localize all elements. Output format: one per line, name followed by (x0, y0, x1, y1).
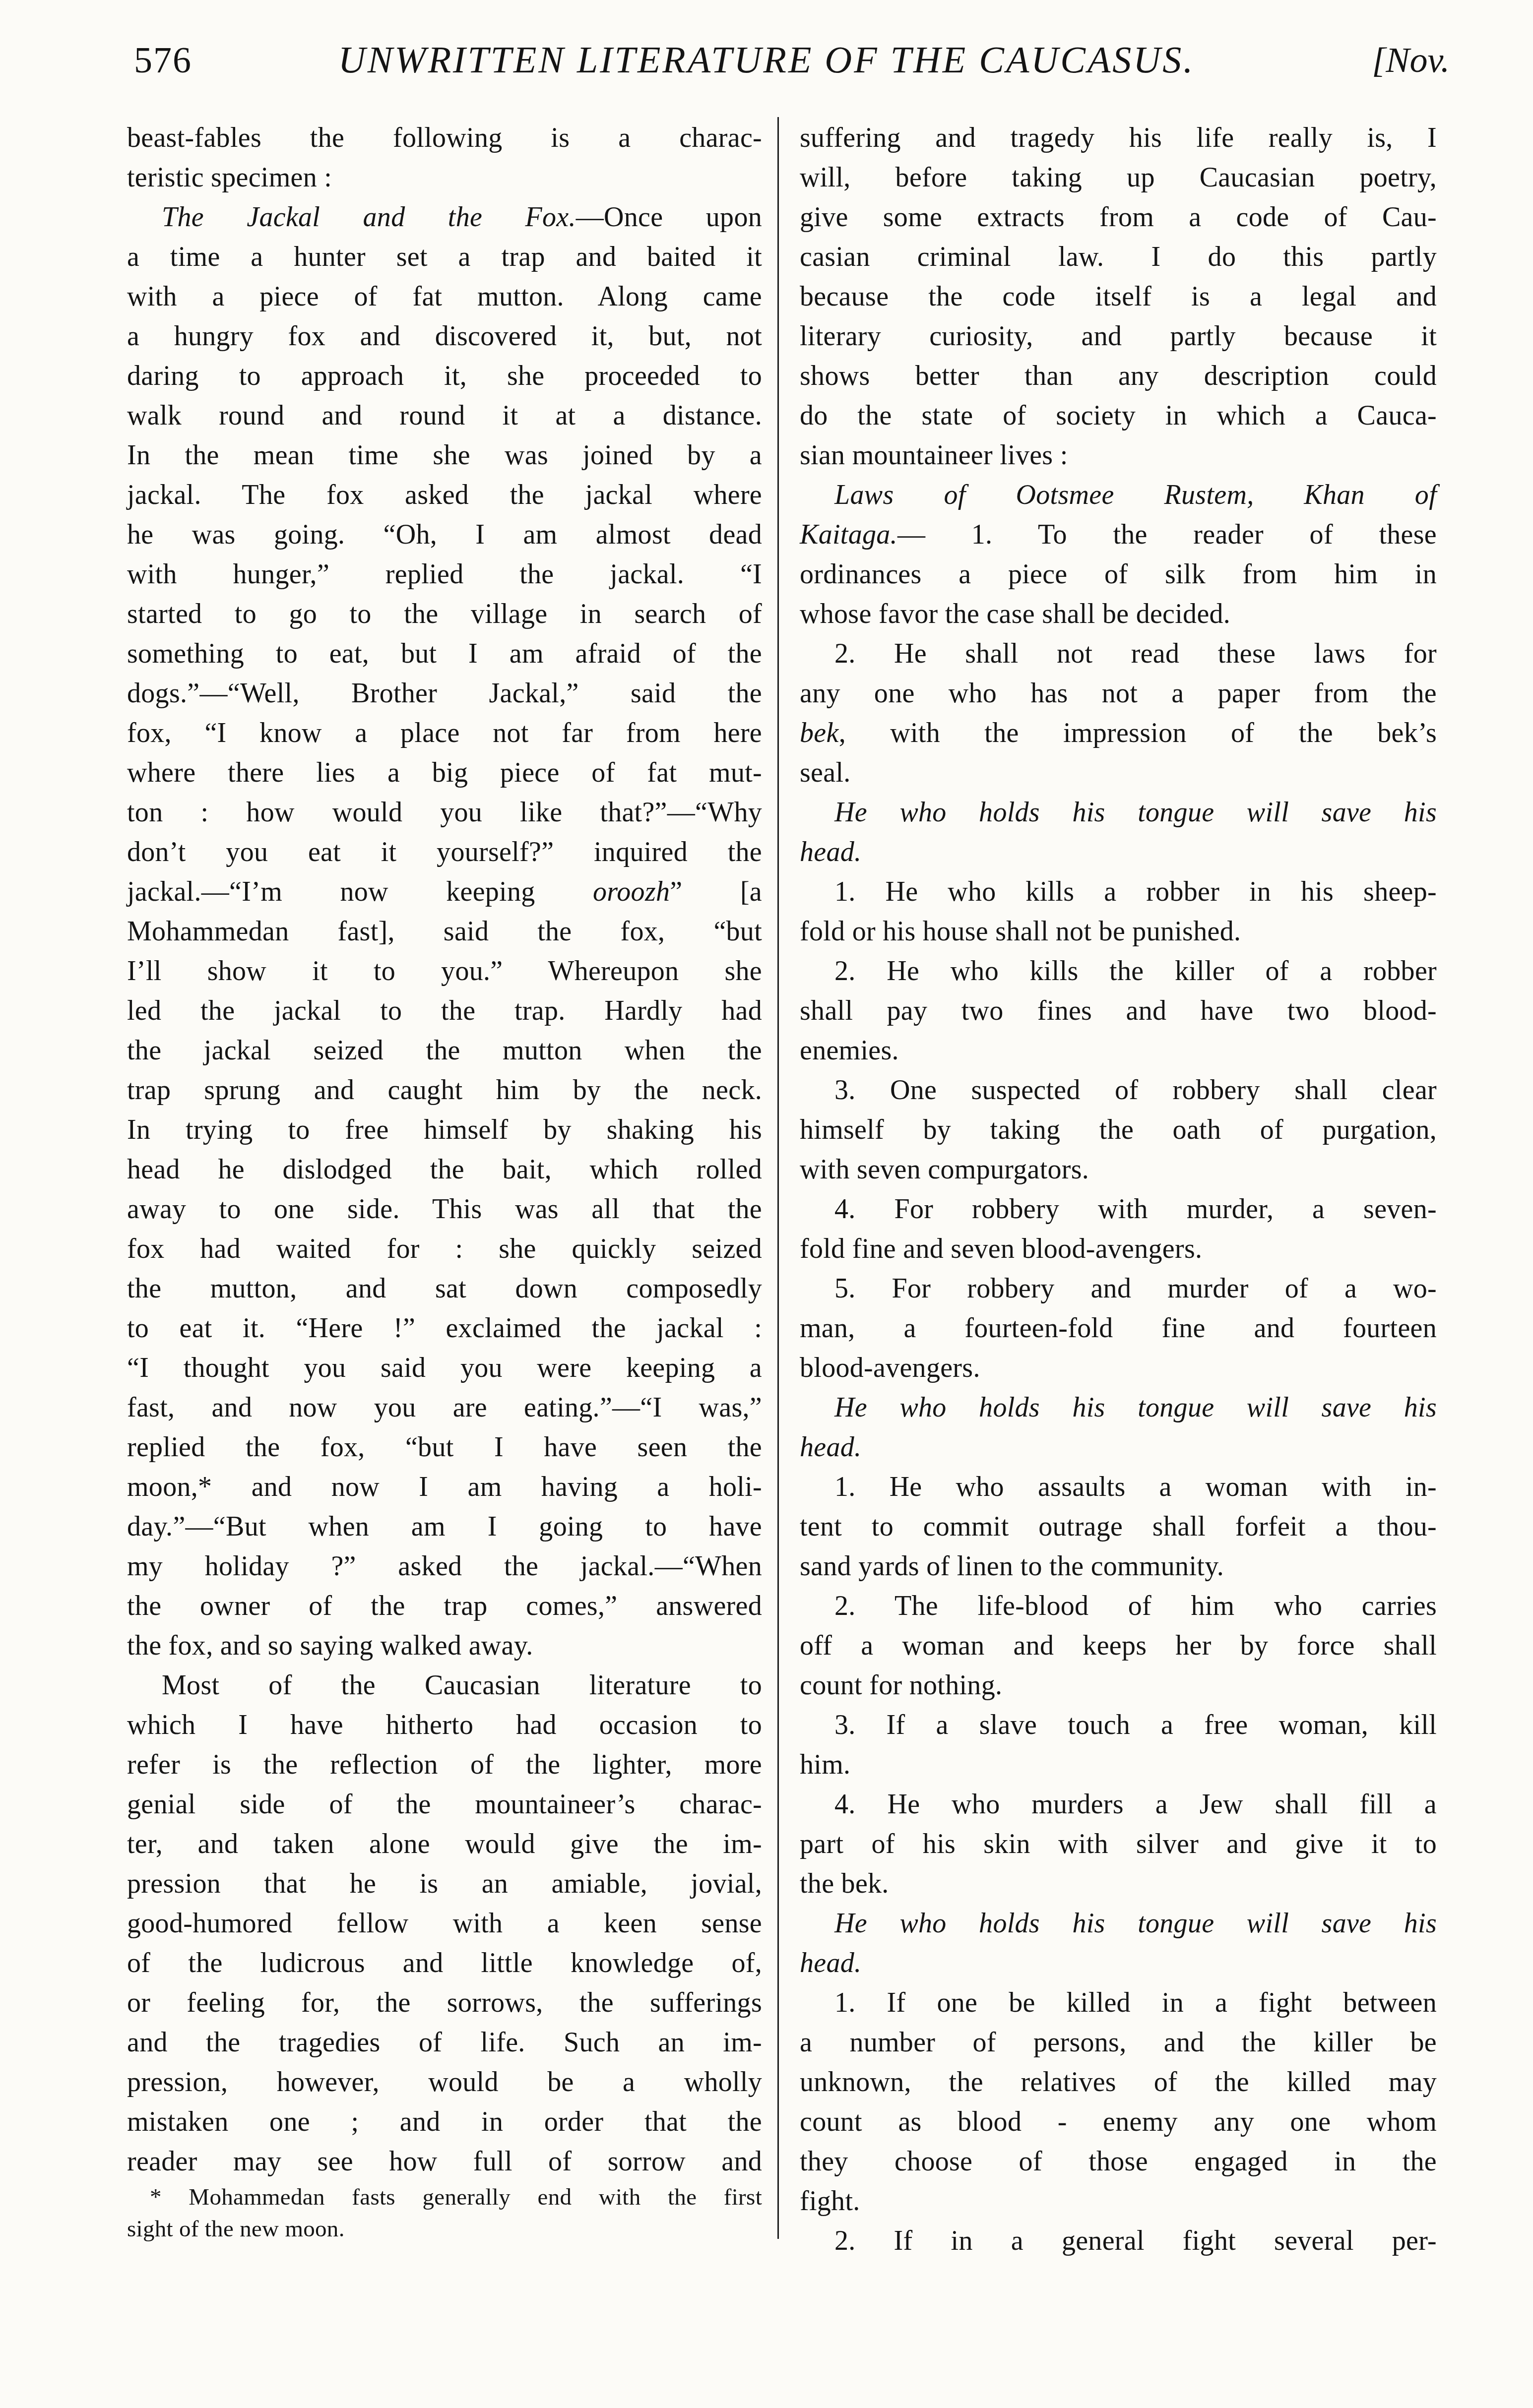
text-line: the owner of the trap comes,” answered (127, 1586, 762, 1626)
text-line: any one who has not a paper from the (800, 674, 1437, 713)
roman-text: 4. For robbery with murder, a seven- (834, 1194, 1437, 1225)
roman-text: trap sprung and caught him by the neck. (127, 1075, 762, 1106)
roman-text: to eat it. “Here !” exclaimed the jackal… (127, 1313, 762, 1344)
roman-text: I’ll show it to you.” Whereupon she (127, 956, 762, 987)
text-line: give some extracts from a code of Cau- (800, 197, 1437, 237)
text-line: will, before taking up Caucasian poetry, (800, 158, 1437, 197)
text-line: he was going. “Oh, I am almost dead (127, 515, 762, 555)
roman-text: count as blood - enemy any one whom (800, 2106, 1437, 2137)
text-line: ter, and taken alone would give the im- (127, 1824, 762, 1864)
roman-text: walk round and round it at a distance. (127, 400, 762, 431)
roman-text: any one who has not a paper from the (800, 678, 1437, 709)
text-line: with seven compurgators. (800, 1150, 1437, 1189)
text-line: tent to commit outrage shall forfeit a t… (800, 1507, 1437, 1546)
footnote: * Mohammedan fasts generally end with th… (127, 2181, 762, 2245)
text-line: 1. He who kills a robber in his sheep- (800, 872, 1437, 912)
text-line: part of his skin with silver and give it… (800, 1824, 1437, 1864)
roman-text: blood-avengers. (800, 1353, 980, 1383)
text-line: day.”—“But when am I going to have (127, 1507, 762, 1546)
text-line: 3. If a slave touch a free woman, kill (800, 1705, 1437, 1745)
text-line: because the code itself is a legal and (800, 277, 1437, 316)
roman-text: “I thought you said you were keeping a (127, 1353, 762, 1383)
roman-text: 1. He who kills a robber in his sheep- (834, 876, 1437, 907)
roman-text: enemies. (800, 1035, 899, 1066)
roman-text: fold fine and seven blood-avengers. (800, 1234, 1202, 1264)
text-line: head. (800, 1943, 1437, 1983)
roman-text: shall pay two fines and have two blood- (800, 995, 1437, 1026)
text-line: 2. He who kills the killer of a robber (800, 951, 1437, 991)
left-column: beast-fables the following is a charac-t… (127, 118, 762, 2181)
running-title: UNWRITTEN LITERATURE OF THE CAUCASUS. (0, 39, 1533, 82)
text-line: the mutton, and sat down composedly (127, 1269, 762, 1308)
text-line: Kaitaga.— 1. To the reader of these (800, 515, 1437, 555)
roman-text: 2. The life-blood of him who carries (834, 1591, 1437, 1621)
text-line: bek, with the impression of the bek’s (800, 713, 1437, 753)
text-line: the jackal seized the mutton when the (127, 1031, 762, 1070)
roman-text: and the tragedies of life. Such an im- (127, 2027, 762, 2058)
roman-text: 5. For robbery and murder of a wo- (834, 1273, 1437, 1304)
text-line: fast, and now you are eating.”—“I was,” (127, 1388, 762, 1427)
text-line: ton : how would you like that?”—“Why (127, 793, 762, 832)
roman-text: mistaken one ; and in order that the (127, 2106, 762, 2137)
roman-text: ” [a (670, 876, 762, 907)
text-line: genial side of the mountaineer’s charac- (127, 1785, 762, 1824)
roman-text: * Mohammedan fasts generally end with th… (150, 2184, 762, 2210)
text-line: 5. For robbery and murder of a wo- (800, 1269, 1437, 1308)
roman-text: head he dislodged the bait, which rolled (127, 1154, 762, 1185)
text-line: do the state of society in which a Cauca… (800, 396, 1437, 435)
text-line: In trying to free himself by shaking his (127, 1110, 762, 1150)
italic-text: He who holds his tongue will save his (834, 797, 1437, 828)
text-line: fold or his house shall not be punished. (800, 912, 1437, 951)
text-line: sand yards of linen to the community. (800, 1546, 1437, 1586)
roman-text: jackal. The fox asked the jackal where (127, 480, 762, 510)
text-line: where there lies a big piece of fat mut- (127, 753, 762, 793)
roman-text: of the ludicrous and little knowledge of… (127, 1948, 762, 1978)
roman-text: In trying to free himself by shaking his (127, 1114, 762, 1145)
roman-text: seal. (800, 757, 851, 788)
text-line: 2. If in a general fight several per- (800, 2221, 1437, 2261)
text-line: seal. (800, 753, 1437, 793)
text-line: man, a fourteen-fold fine and fourteen (800, 1308, 1437, 1348)
roman-text: fast, and now you are eating.”—“I was,” (127, 1392, 762, 1423)
roman-text: away to one side. This was all that the (127, 1194, 762, 1225)
roman-text: — 1. To the reader of these (897, 519, 1437, 550)
roman-text: Mohammedan fast], said the fox, “but (127, 916, 762, 947)
text-line: good-humored fellow with a keen sense (127, 1904, 762, 1943)
text-line: whose favor the case shall be decided. (800, 594, 1437, 634)
text-line: trap sprung and caught him by the neck. (127, 1070, 762, 1110)
roman-text: the jackal seized the mutton when the (127, 1035, 762, 1066)
text-line: Mohammedan fast], said the fox, “but (127, 912, 762, 951)
roman-text: will, before taking up Caucasian poetry, (800, 162, 1437, 193)
text-line: suffering and tragedy his life really is… (800, 118, 1437, 158)
roman-text: the fox, and so saying walked away. (127, 1630, 533, 1661)
text-line: * Mohammedan fasts generally end with th… (127, 2181, 762, 2213)
roman-text: they choose of those engaged in the (800, 2146, 1437, 2177)
text-line: He who holds his tongue will save his (800, 1388, 1437, 1427)
roman-text: ordinances a piece of silk from him in (800, 559, 1437, 590)
text-line: fox, “I know a place not far from here (127, 713, 762, 753)
text-line: He who holds his tongue will save his (800, 1904, 1437, 1943)
roman-text: genial side of the mountaineer’s charac- (127, 1789, 762, 1820)
text-line: unknown, the relatives of the killed may (800, 2062, 1437, 2102)
text-line: enemies. (800, 1031, 1437, 1070)
text-line: pression that he is an amiable, jovial, (127, 1864, 762, 1904)
text-line: 2. He shall not read these laws for (800, 634, 1437, 674)
roman-text: don’t you eat it yourself?” inquired the (127, 837, 762, 867)
roman-text: with hunger,” replied the jackal. “I (127, 559, 762, 590)
italic-text: oroozh (593, 876, 670, 907)
text-line: 4. For robbery with murder, a seven- (800, 1189, 1437, 1229)
roman-text: ter, and taken alone would give the im- (127, 1829, 762, 1859)
text-line: with hunger,” replied the jackal. “I (127, 555, 762, 594)
roman-text: my holiday ?” asked the jackal.—“When (127, 1551, 762, 1582)
roman-text: dogs.”—“Well, Brother Jackal,” said the (127, 678, 762, 709)
text-line: replied the fox, “but I have seen the (127, 1427, 762, 1467)
text-line: walk round and round it at a distance. (127, 396, 762, 435)
text-line: jackal. The fox asked the jackal where (127, 475, 762, 515)
running-header: 576 UNWRITTEN LITERATURE OF THE CAUCASUS… (0, 35, 1533, 94)
text-line: jackal.—“I’m now keeping oroozh” [a (127, 872, 762, 912)
roman-text: 4. He who murders a Jew shall fill a (834, 1789, 1437, 1820)
roman-text: jackal.—“I’m now keeping (127, 876, 593, 907)
text-line: Laws of Ootsmee Rustem, Khan of (800, 475, 1437, 515)
roman-text: sight of the new moon. (127, 2216, 345, 2242)
italic-text: head. (800, 837, 861, 867)
text-line: a hungry fox and discovered it, but, not (127, 316, 762, 356)
roman-text: reader may see how full of sorrow and (127, 2146, 762, 2177)
text-line: daring to approach it, she proceeded to (127, 356, 762, 396)
roman-text: In the mean time she was joined by a (127, 440, 762, 471)
roman-text: fight. (800, 2186, 860, 2217)
roman-text: suffering and tragedy his life really is… (800, 123, 1437, 153)
text-line: of the ludicrous and little knowledge of… (127, 1943, 762, 1983)
roman-text: fox had waited for : she quickly seized (127, 1234, 762, 1264)
roman-text: the owner of the trap comes,” answered (127, 1591, 762, 1621)
scanned-page: 576 UNWRITTEN LITERATURE OF THE CAUCASUS… (0, 0, 1533, 2408)
text-line: they choose of those engaged in the (800, 2142, 1437, 2181)
text-line: ordinances a piece of silk from him in (800, 555, 1437, 594)
roman-text: with a piece of fat mutton. Along came (127, 281, 762, 312)
text-line: pression, however, would be a wholly (127, 2062, 762, 2102)
text-line: my holiday ?” asked the jackal.—“When (127, 1546, 762, 1586)
text-line: with a piece of fat mutton. Along came (127, 277, 762, 316)
text-line: don’t you eat it yourself?” inquired the (127, 832, 762, 872)
roman-text: teristic specimen : (127, 162, 332, 193)
roman-text: led the jackal to the trap. Hardly had (127, 995, 762, 1026)
text-line: beast-fables the following is a charac- (127, 118, 762, 158)
roman-text: a number of persons, and the killer be (800, 2027, 1437, 2058)
text-line: The Jackal and the Fox.—Once upon (127, 197, 762, 237)
text-line: “I thought you said you were keeping a (127, 1348, 762, 1388)
italic-text: head. (800, 1432, 861, 1463)
roman-text: 3. One suspected of robbery shall clear (834, 1075, 1437, 1106)
roman-text: refer is the reflection of the lighter, … (127, 1749, 762, 1780)
text-line: I’ll show it to you.” Whereupon she (127, 951, 762, 991)
roman-text: man, a fourteen-fold fine and fourteen (800, 1313, 1437, 1344)
roman-text: which I have hitherto had occasion to (127, 1710, 762, 1740)
issue-label: [Nov. (1372, 40, 1450, 81)
roman-text: fox, “I know a place not far from here (127, 718, 762, 748)
roman-text: where there lies a big piece of fat mut- (127, 757, 762, 788)
roman-text: pression that he is an amiable, jovial, (127, 1868, 762, 1899)
column-divider-rule (777, 117, 779, 2239)
text-line: dogs.”—“Well, Brother Jackal,” said the (127, 674, 762, 713)
roman-text: replied the fox, “but I have seen the (127, 1432, 762, 1463)
text-line: blood-avengers. (800, 1348, 1437, 1388)
roman-text: the mutton, and sat down composedly (127, 1273, 762, 1304)
text-line: 4. He who murders a Jew shall fill a (800, 1785, 1437, 1824)
roman-text: good-humored fellow with a keen sense (127, 1908, 762, 1939)
roman-text: 3. If a slave touch a free woman, kill (834, 1710, 1437, 1740)
roman-text: off a woman and keeps her by force shall (800, 1630, 1437, 1661)
roman-text: the bek. (800, 1868, 889, 1899)
roman-text: ton : how would you like that?”—“Why (127, 797, 762, 828)
roman-text: started to go to the village in search o… (127, 599, 762, 629)
text-line: fold fine and seven blood-avengers. (800, 1229, 1437, 1269)
text-line: sight of the new moon. (127, 2213, 762, 2245)
text-line: moon,* and now I am having a holi- (127, 1467, 762, 1507)
roman-text: something to eat, but I am afraid of the (127, 638, 762, 669)
roman-text: sian mountaineer lives : (800, 440, 1068, 471)
roman-text: 1. He who assaults a woman with in- (834, 1472, 1437, 1502)
right-column: suffering and tragedy his life really is… (800, 118, 1437, 2261)
text-line: away to one side. This was all that the (127, 1189, 762, 1229)
roman-text: or feeling for, the sorrows, the sufferi… (127, 1987, 762, 2018)
text-line: the fox, and so saying walked away. (127, 1626, 762, 1666)
italic-text: He who holds his tongue will save his (834, 1392, 1437, 1423)
roman-text: beast-fables the following is a charac- (127, 123, 762, 153)
roman-text: sand yards of linen to the community. (800, 1551, 1224, 1582)
text-line: casian criminal law. I do this partly (800, 237, 1437, 277)
roman-text: count for nothing. (800, 1670, 1002, 1701)
roman-text: with seven compurgators. (800, 1154, 1089, 1185)
roman-text: tent to commit outrage shall forfeit a t… (800, 1511, 1437, 1542)
text-line: to eat it. “Here !” exclaimed the jackal… (127, 1308, 762, 1348)
roman-text: daring to approach it, she proceeded to (127, 361, 762, 391)
roman-text: , with the impression of the bek’s (839, 718, 1437, 748)
roman-text: literary curiosity, and partly because i… (800, 321, 1437, 352)
italic-text: head. (800, 1948, 861, 1978)
italic-text: Kaitaga. (800, 519, 897, 550)
text-line: literary curiosity, and partly because i… (800, 316, 1437, 356)
text-line: 2. The life-blood of him who carries (800, 1586, 1437, 1626)
text-line: the bek. (800, 1864, 1437, 1904)
text-line: shall pay two fines and have two blood- (800, 991, 1437, 1031)
roman-text: 1. If one be killed in a fight between (834, 1987, 1437, 2018)
text-line: count for nothing. (800, 1666, 1437, 1705)
text-line: fight. (800, 2181, 1437, 2221)
text-line: or feeling for, the sorrows, the sufferi… (127, 1983, 762, 2023)
roman-text: himself by taking the oath of purgation, (800, 1114, 1437, 1145)
roman-text: a hungry fox and discovered it, but, not (127, 321, 762, 352)
roman-text: Most of the Caucasian literature to (162, 1670, 762, 1701)
roman-text: a time a hunter set a trap and baited it (127, 242, 762, 272)
text-line: mistaken one ; and in order that the (127, 2102, 762, 2142)
text-line: count as blood - enemy any one whom (800, 2102, 1437, 2142)
text-line: shows better than any description could (800, 356, 1437, 396)
text-line: off a woman and keeps her by force shall (800, 1626, 1437, 1666)
text-line: fox had waited for : she quickly seized (127, 1229, 762, 1269)
text-line: He who holds his tongue will save his (800, 793, 1437, 832)
text-line: Most of the Caucasian literature to (127, 1666, 762, 1705)
text-line: led the jackal to the trap. Hardly had (127, 991, 762, 1031)
italic-text: bek (800, 718, 839, 748)
roman-text: pression, however, would be a wholly (127, 2067, 762, 2098)
text-line: head. (800, 832, 1437, 872)
italic-text: The Jackal and the Fox. (162, 202, 576, 233)
text-line: 1. He who assaults a woman with in- (800, 1467, 1437, 1507)
text-line: refer is the reflection of the lighter, … (127, 1745, 762, 1785)
roman-text: he was going. “Oh, I am almost dead (127, 519, 762, 550)
text-line: himself by taking the oath of purgation, (800, 1110, 1437, 1150)
text-line: which I have hitherto had occasion to (127, 1705, 762, 1745)
text-line: reader may see how full of sorrow and (127, 2142, 762, 2181)
roman-text: 2. He who kills the killer of a robber (834, 956, 1437, 987)
text-line: 1. If one be killed in a fight between (800, 1983, 1437, 2023)
italic-text: Laws of Ootsmee Rustem, Khan of (834, 480, 1437, 510)
roman-text: —Once upon (576, 202, 762, 233)
roman-text: whose favor the case shall be decided. (800, 599, 1230, 629)
roman-text: moon,* and now I am having a holi- (127, 1472, 762, 1502)
roman-text: casian criminal law. I do this partly (800, 242, 1437, 272)
roman-text: 2. He shall not read these laws for (834, 638, 1437, 669)
text-line: started to go to the village in search o… (127, 594, 762, 634)
roman-text: because the code itself is a legal and (800, 281, 1437, 312)
text-line: 3. One suspected of robbery shall clear (800, 1070, 1437, 1110)
text-line: a number of persons, and the killer be (800, 2023, 1437, 2062)
text-line: head. (800, 1427, 1437, 1467)
roman-text: part of his skin with silver and give it… (800, 1829, 1437, 1859)
text-line: a time a hunter set a trap and baited it (127, 237, 762, 277)
text-line: something to eat, but I am afraid of the (127, 634, 762, 674)
roman-text: fold or his house shall not be punished. (800, 916, 1241, 947)
text-line: sian mountaineer lives : (800, 435, 1437, 475)
text-line: In the mean time she was joined by a (127, 435, 762, 475)
roman-text: do the state of society in which a Cauca… (800, 400, 1437, 431)
roman-text: 2. If in a general fight several per- (834, 2225, 1437, 2256)
roman-text: unknown, the relatives of the killed may (800, 2067, 1437, 2098)
roman-text: day.”—“But when am I going to have (127, 1511, 762, 1542)
text-line: him. (800, 1745, 1437, 1785)
roman-text: give some extracts from a code of Cau- (800, 202, 1437, 233)
text-line: teristic specimen : (127, 158, 762, 197)
roman-text: him. (800, 1749, 850, 1780)
text-line: head he dislodged the bait, which rolled (127, 1150, 762, 1189)
text-line: and the tragedies of life. Such an im- (127, 2023, 762, 2062)
roman-text: shows better than any description could (800, 361, 1437, 391)
italic-text: He who holds his tongue will save his (834, 1908, 1437, 1939)
